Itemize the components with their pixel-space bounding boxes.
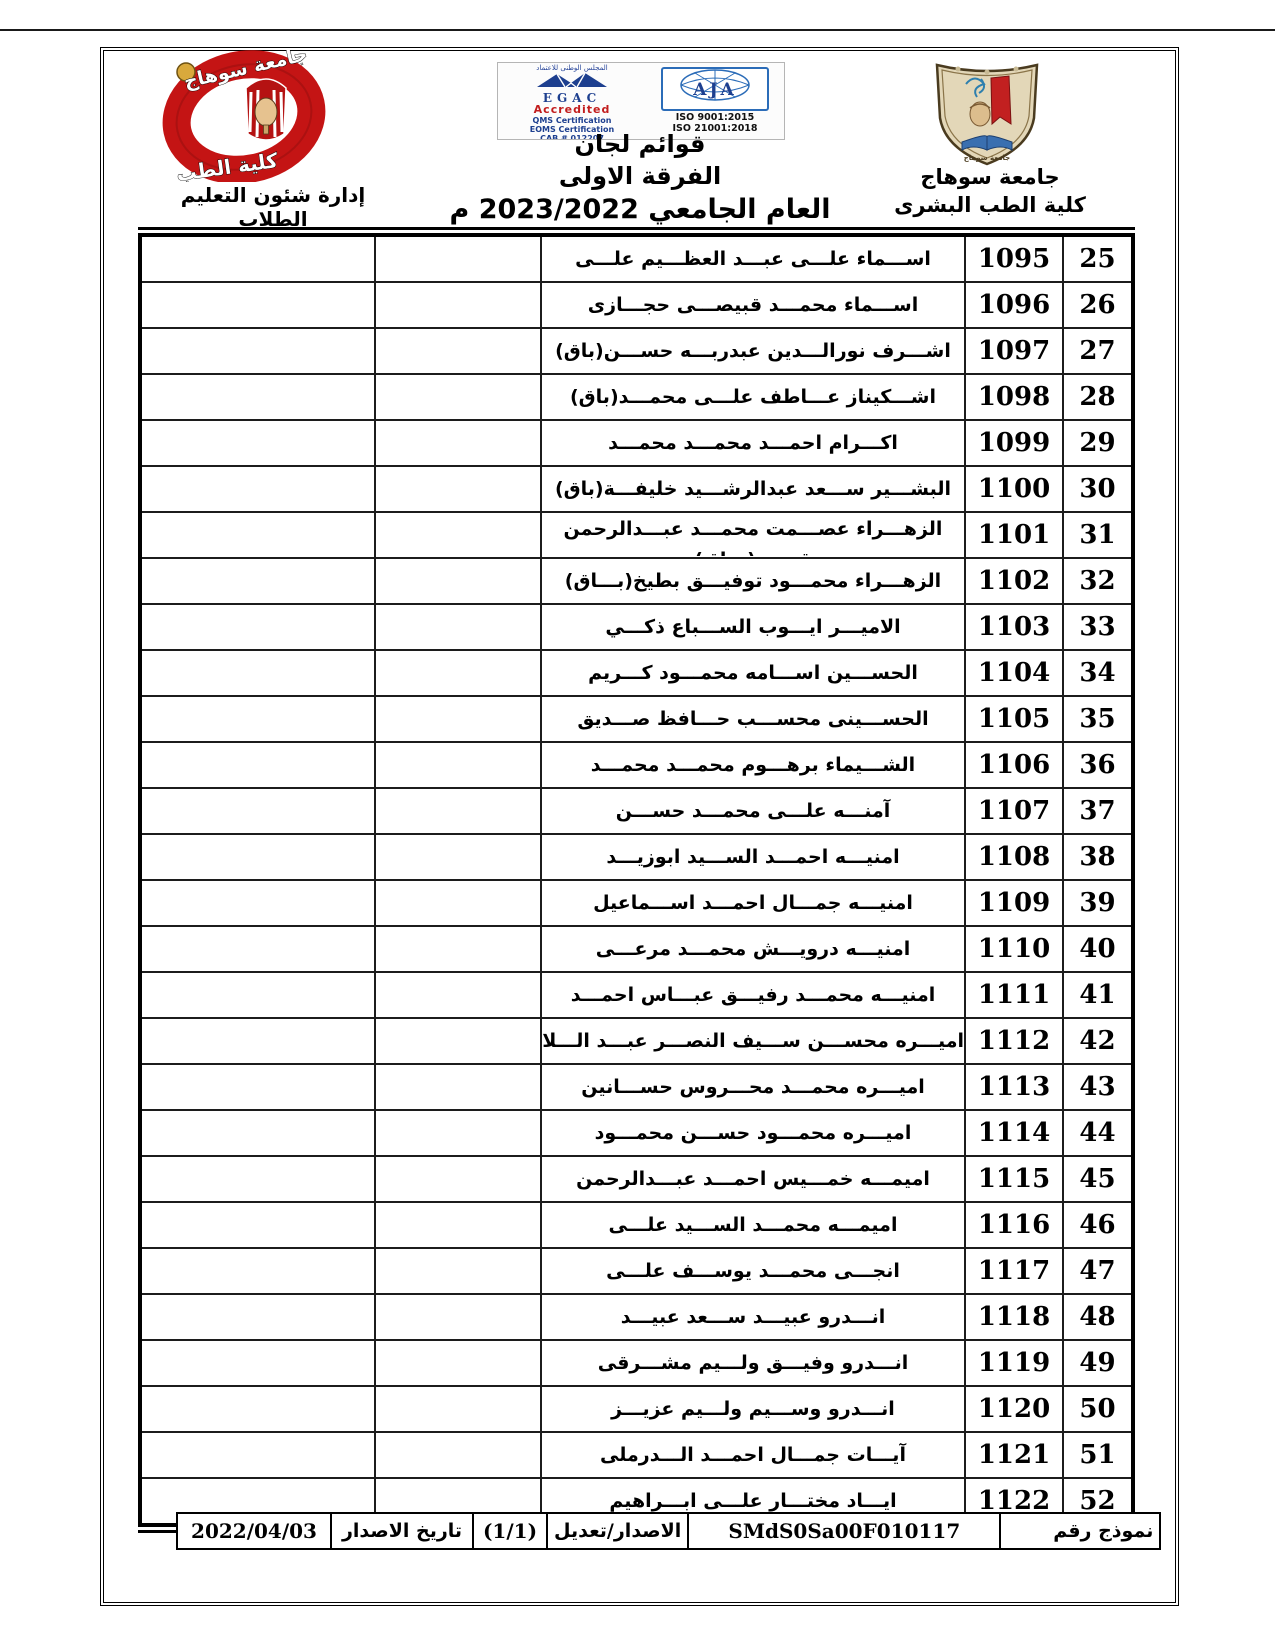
table-row: 27 1097 اشـــرف نورالـــدين عبدربـــه حس… (140, 328, 1133, 374)
serial-cell: 27 (1063, 328, 1133, 374)
empty-cell-1 (375, 834, 541, 880)
aja-iso-line: ISO 9001:2015 (646, 112, 784, 123)
empty-cell-1 (375, 466, 541, 512)
student-name-cell: امنيـــه محمـــد رفيـــق عبـــاس احمـــد (541, 972, 965, 1018)
student-id-cell: 1120 (965, 1386, 1063, 1432)
empty-cell-1 (375, 1386, 541, 1432)
name-line1: اكـــرام احمـــد محمـــد محمـــد (542, 422, 964, 464)
name-line1: الزهـــراء محمـــود توفيـــق بطيخ(بـــاق… (542, 560, 964, 602)
name-line1: اميمـــه خمـــيس احمـــد عبـــدالرحمن (542, 1158, 964, 1200)
name-line1: امنيـــه احمـــد الســـيد ابوزيـــد (542, 836, 964, 878)
name-line1: اشـــكيناز عـــاطف علـــى محمـــد(باق) (542, 376, 964, 418)
student-id-cell: 1107 (965, 788, 1063, 834)
student-name-cell: اشـــرف نورالـــدين عبدربـــه حســـن(باق… (541, 328, 965, 374)
serial-cell: 34 (1063, 650, 1133, 696)
name-line1: امنيـــه درويـــش محمـــد مرعـــى (542, 928, 964, 970)
empty-cell-2 (140, 834, 375, 880)
serial-cell: 39 (1063, 880, 1133, 926)
empty-cell-2 (140, 604, 375, 650)
empty-cell-1 (375, 328, 541, 374)
serial-cell: 32 (1063, 558, 1133, 604)
student-id-cell: 1110 (965, 926, 1063, 972)
student-id-cell: 1106 (965, 742, 1063, 788)
empty-cell-1 (375, 235, 541, 282)
student-name-cell: اميمـــه خمـــيس احمـــد عبـــدالرحمن (541, 1156, 965, 1202)
student-name-cell: انـــدرو عبيـــد ســـعد عبيـــد (541, 1294, 965, 1340)
table-row: 47 1117 انجـــى محمـــد يوســـف علـــى (140, 1248, 1133, 1294)
student-name-cell: اشـــكيناز عـــاطف علـــى محمـــد(باق) (541, 374, 965, 420)
name-line1: الحســـينى محســـب حـــافظ صـــديق (542, 698, 964, 740)
student-name-cell: الشـــيماء برهـــوم محمـــد محمـــد (541, 742, 965, 788)
student-name-cell: امنيـــه جمـــال احمـــد اســـماعيل (541, 880, 965, 926)
student-id-cell: 1105 (965, 696, 1063, 742)
serial-cell: 41 (1063, 972, 1133, 1018)
name-line1: اميـــره محمـــد محـــروس حســـانين (542, 1066, 964, 1108)
name-line1: انـــدرو وفيـــق ولـــيم مشـــرقى (542, 1342, 964, 1384)
empty-cell-1 (375, 1064, 541, 1110)
empty-cell-1 (375, 788, 541, 834)
table-row: 37 1107 آمنـــه علـــى محمـــد حســـن (140, 788, 1133, 834)
table-row: 31 1101 الزهـــراء عصـــمت محمـــد عبـــ… (140, 512, 1133, 558)
table-row: 51 1121 آيـــات جمـــال احمـــد الـــدرم… (140, 1432, 1133, 1478)
table-row: 42 1112 اميـــره محســـن ســـيف النصـــر… (140, 1018, 1133, 1064)
student-id-cell: 1095 (965, 235, 1063, 282)
department-name: إدارة شئون التعليم الطلاب (148, 183, 398, 231)
name-line1: انـــدرو عبيـــد ســـعد عبيـــد (542, 1296, 964, 1338)
student-table-wrapper: 25 1095 اســـماء علـــى عبـــد العظـــيم… (138, 227, 1135, 1533)
student-name-cell: امنيـــه احمـــد الســـيد ابوزيـــد (541, 834, 965, 880)
empty-cell-2 (140, 1294, 375, 1340)
empty-cell-2 (140, 1340, 375, 1386)
empty-cell-2 (140, 926, 375, 972)
student-id-cell: 1111 (965, 972, 1063, 1018)
academic-year-title: العام الجامعي 2023/2022 م (440, 192, 840, 228)
student-table: 25 1095 اســـماء علـــى عبـــد العظـــيم… (138, 233, 1135, 1527)
table-row: 38 1108 امنيـــه احمـــد الســـيد ابوزيـ… (140, 834, 1133, 880)
student-name-cell: اميـــره محســـن ســـيف النصـــر عبـــد … (541, 1018, 965, 1064)
name-line1: انـــدرو وســـيم ولـــيم عزيـــز (542, 1388, 964, 1430)
student-table-body: 25 1095 اســـماء علـــى عبـــد العظـــيم… (140, 235, 1133, 1525)
student-name-cell: آيـــات جمـــال احمـــد الـــدرملى (541, 1432, 965, 1478)
table-row: 28 1098 اشـــكيناز عـــاطف علـــى محمـــ… (140, 374, 1133, 420)
student-id-cell: 1104 (965, 650, 1063, 696)
student-name-cell: انجـــى محمـــد يوســـف علـــى (541, 1248, 965, 1294)
student-name-cell: اميـــره محمـــود حســـن محمـــود (541, 1110, 965, 1156)
issue-value: (1/1) (473, 1513, 547, 1549)
form-code: SMdS0Sa00F010117 (688, 1513, 1000, 1549)
student-id-cell: 1100 (965, 466, 1063, 512)
student-id-cell: 1097 (965, 328, 1063, 374)
serial-cell: 31 (1063, 512, 1133, 558)
issue-date-value: 2022/04/03 (177, 1513, 331, 1549)
empty-cell-1 (375, 558, 541, 604)
name-line1: الشـــيماء برهـــوم محمـــد محمـــد (542, 744, 964, 786)
table-row: 39 1109 امنيـــه جمـــال احمـــد اســـما… (140, 880, 1133, 926)
empty-cell-1 (375, 1110, 541, 1156)
empty-cell-1 (375, 1202, 541, 1248)
student-id-cell: 1098 (965, 374, 1063, 420)
name-line1: اميـــره محســـن ســـيف النصـــر عبـــد … (542, 1020, 964, 1062)
empty-cell-1 (375, 1340, 541, 1386)
empty-cell-2 (140, 1156, 375, 1202)
egac-cert-line: QMS Certification (498, 116, 646, 125)
empty-cell-2 (140, 466, 375, 512)
serial-cell: 25 (1063, 235, 1133, 282)
empty-cell-1 (375, 374, 541, 420)
empty-cell-2 (140, 1018, 375, 1064)
student-name-cell: الزهـــراء محمـــود توفيـــق بطيخ(بـــاق… (541, 558, 965, 604)
empty-cell-2 (140, 696, 375, 742)
name-line1: اميمـــه محمـــد الســـيد علـــى (542, 1204, 964, 1246)
page-title: قوائم لجان (440, 128, 840, 160)
name-line1: اشـــرف نورالـــدين عبدربـــه حســـن(باق… (542, 330, 964, 372)
grade-title: الفرقة الاولى (440, 160, 840, 192)
table-row: 40 1110 امنيـــه درويـــش محمـــد مرعـــ… (140, 926, 1133, 972)
student-id-cell: 1096 (965, 282, 1063, 328)
serial-cell: 45 (1063, 1156, 1133, 1202)
student-id-cell: 1116 (965, 1202, 1063, 1248)
empty-cell-2 (140, 1386, 375, 1432)
empty-cell-2 (140, 788, 375, 834)
page-top-rule (0, 29, 1275, 31)
student-name-cell: الاميـــر ايـــوب الســـباع ذكـــي (541, 604, 965, 650)
student-name-cell: آمنـــه علـــى محمـــد حســـن (541, 788, 965, 834)
table-row: 50 1120 انـــدرو وســـيم ولـــيم عزيـــز (140, 1386, 1133, 1432)
empty-cell-2 (140, 282, 375, 328)
empty-cell-2 (140, 1110, 375, 1156)
empty-cell-2 (140, 650, 375, 696)
empty-cell-1 (375, 972, 541, 1018)
student-name-cell: انـــدرو وســـيم ولـــيم عزيـــز (541, 1386, 965, 1432)
serial-cell: 44 (1063, 1110, 1133, 1156)
student-name-cell: انـــدرو وفيـــق ولـــيم مشـــرقى (541, 1340, 965, 1386)
serial-cell: 49 (1063, 1340, 1133, 1386)
table-row: 46 1116 اميمـــه محمـــد الســـيد علـــى (140, 1202, 1133, 1248)
student-name-cell: الحســـين اســـامه محمـــود كـــريم (541, 650, 965, 696)
name-line1: الزهـــراء عصـــمت محمـــد عبـــدالرحمن (542, 514, 964, 545)
student-id-cell: 1109 (965, 880, 1063, 926)
empty-cell-2 (140, 972, 375, 1018)
student-name-cell: الزهـــراء عصـــمت محمـــد عبـــدالرحمن … (541, 512, 965, 558)
table-row: 48 1118 انـــدرو عبيـــد ســـعد عبيـــد (140, 1294, 1133, 1340)
empty-cell-1 (375, 650, 541, 696)
shield-red-banner (991, 76, 1011, 124)
table-row: 45 1115 اميمـــه خمـــيس احمـــد عبـــدا… (140, 1156, 1133, 1202)
empty-cell-1 (375, 604, 541, 650)
empty-cell-2 (140, 235, 375, 282)
empty-cell-1 (375, 926, 541, 972)
serial-cell: 29 (1063, 420, 1133, 466)
name-line1: امنيـــه جمـــال احمـــد اســـماعيل (542, 882, 964, 924)
serial-cell: 38 (1063, 834, 1133, 880)
empty-cell-1 (375, 282, 541, 328)
empty-cell-1 (375, 1294, 541, 1340)
issue-label: الاصدار/تعديل (547, 1513, 688, 1549)
form-number-label: نموذج رقم (1000, 1513, 1160, 1549)
table-row: 33 1103 الاميـــر ايـــوب الســـباع ذكــ… (140, 604, 1133, 650)
egac-accredited: Accredited (498, 104, 646, 116)
name-line1: اســـماء محمـــد قبيصـــى حجـــازى (542, 284, 964, 326)
student-id-cell: 1115 (965, 1156, 1063, 1202)
empty-cell-1 (375, 696, 541, 742)
table-row: 41 1111 امنيـــه محمـــد رفيـــق عبـــاس… (140, 972, 1133, 1018)
table-row: 26 1096 اســـماء محمـــد قبيصـــى حجـــا… (140, 282, 1133, 328)
faculty-crescent-logo: جامعة سوهاج كلية الطب (150, 50, 340, 182)
empty-cell-1 (375, 1018, 541, 1064)
name-line1: انجـــى محمـــد يوســـف علـــى (542, 1250, 964, 1292)
table-row: 29 1099 اكـــرام احمـــد محمـــد محمـــد (140, 420, 1133, 466)
egac-mountain-icon (535, 72, 609, 88)
university-name: جامعة سوهاج (865, 163, 1115, 191)
student-id-cell: 1114 (965, 1110, 1063, 1156)
table-row: 32 1102 الزهـــراء محمـــود توفيـــق بطي… (140, 558, 1133, 604)
empty-cell-2 (140, 1202, 375, 1248)
issue-date-label: تاريخ الاصدار (331, 1513, 473, 1549)
serial-cell: 51 (1063, 1432, 1133, 1478)
document-titles: قوائم لجان الفرقة الاولى العام الجامعي 2… (440, 128, 840, 228)
serial-cell: 33 (1063, 604, 1133, 650)
serial-cell: 35 (1063, 696, 1133, 742)
table-row: 49 1119 انـــدرو وفيـــق ولـــيم مشـــرق… (140, 1340, 1133, 1386)
student-name-cell: اميمـــه محمـــد الســـيد علـــى (541, 1202, 965, 1248)
table-row: 35 1105 الحســـينى محســـب حـــافظ صـــد… (140, 696, 1133, 742)
empty-cell-2 (140, 1432, 375, 1478)
empty-cell-1 (375, 742, 541, 788)
serial-cell: 46 (1063, 1202, 1133, 1248)
pharaoh-head (246, 79, 286, 140)
table-row: 30 1100 البشـــير ســـعد عبدالرشـــيد خل… (140, 466, 1133, 512)
faculty-name: كلية الطب البشرى (865, 191, 1115, 219)
name-line1: آمنـــه علـــى محمـــد حســـن (542, 790, 964, 832)
empty-cell-1 (375, 512, 541, 558)
university-shield-logo: جامعة سوهاج (928, 58, 1046, 168)
student-id-cell: 1118 (965, 1294, 1063, 1340)
name-line1: آيـــات جمـــال احمـــد الـــدرملى (542, 1434, 964, 1476)
name-line1: البشـــير ســـعد عبدالرشـــيد خليفـــة(ب… (542, 468, 964, 510)
empty-cell-2 (140, 420, 375, 466)
student-id-cell: 1113 (965, 1064, 1063, 1110)
serial-cell: 50 (1063, 1386, 1133, 1432)
student-name-cell: اميـــره محمـــد محـــروس حســـانين (541, 1064, 965, 1110)
empty-cell-1 (375, 1432, 541, 1478)
empty-cell-2 (140, 880, 375, 926)
student-name-cell: البشـــير ســـعد عبدالرشـــيد خليفـــة(ب… (541, 466, 965, 512)
student-id-cell: 1117 (965, 1248, 1063, 1294)
student-id-cell: 1102 (965, 558, 1063, 604)
serial-cell: 36 (1063, 742, 1133, 788)
empty-cell-2 (140, 328, 375, 374)
student-name-cell: امنيـــه درويـــش محمـــد مرعـــى (541, 926, 965, 972)
table-row: 34 1104 الحســـين اســـامه محمـــود كـــ… (140, 650, 1133, 696)
empty-cell-2 (140, 512, 375, 558)
name-line1: الاميـــر ايـــوب الســـباع ذكـــي (542, 606, 964, 648)
student-name-cell: الحســـينى محســـب حـــافظ صـــديق (541, 696, 965, 742)
serial-cell: 40 (1063, 926, 1133, 972)
empty-cell-1 (375, 420, 541, 466)
empty-cell-2 (140, 558, 375, 604)
serial-cell: 28 (1063, 374, 1133, 420)
empty-cell-1 (375, 880, 541, 926)
egac-arabic-script: المجلس الوطنى للاعتماد (498, 64, 646, 72)
student-id-cell: 1119 (965, 1340, 1063, 1386)
name-line1: اميـــره محمـــود حســـن محمـــود (542, 1112, 964, 1154)
empty-cell-2 (140, 1248, 375, 1294)
student-id-cell: 1121 (965, 1432, 1063, 1478)
student-name-cell: اكـــرام احمـــد محمـــد محمـــد (541, 420, 965, 466)
serial-cell: 42 (1063, 1018, 1133, 1064)
name-line1: اســـماء علـــى عبـــد العظـــيم علـــى (542, 238, 964, 280)
student-id-cell: 1099 (965, 420, 1063, 466)
university-name-block: جامعة سوهاج كلية الطب البشرى (865, 163, 1115, 219)
serial-cell: 37 (1063, 788, 1133, 834)
serial-cell: 26 (1063, 282, 1133, 328)
student-id-cell: 1108 (965, 834, 1063, 880)
table-row: 44 1114 اميـــره محمـــود حســـن محمـــو… (140, 1110, 1133, 1156)
serial-cell: 47 (1063, 1248, 1133, 1294)
aja-name: AJA (663, 80, 767, 100)
student-name-cell: اســـماء علـــى عبـــد العظـــيم علـــى (541, 235, 965, 282)
empty-cell-1 (375, 1156, 541, 1202)
student-id-cell: 1112 (965, 1018, 1063, 1064)
name-line2: قرنــة(بــاق) (542, 545, 964, 556)
empty-cell-1 (375, 1248, 541, 1294)
table-row: 36 1106 الشـــيماء برهـــوم محمـــد محمـ… (140, 742, 1133, 788)
serial-cell: 48 (1063, 1294, 1133, 1340)
footer-form-table: نموذج رقم SMdS0Sa00F010117 الاصدار/تعديل… (176, 1512, 1161, 1550)
student-name-cell: اســـماء محمـــد قبيصـــى حجـــازى (541, 282, 965, 328)
name-line1: امنيـــه محمـــد رفيـــق عبـــاس احمـــد (542, 974, 964, 1016)
empty-cell-2 (140, 374, 375, 420)
table-row: 25 1095 اســـماء علـــى عبـــد العظـــيم… (140, 235, 1133, 282)
empty-cell-2 (140, 1064, 375, 1110)
page: { "header": { "right": { "line1": "جامعة… (0, 0, 1275, 1650)
serial-cell: 30 (1063, 466, 1133, 512)
shield-caption: جامعة سوهاج (964, 154, 1010, 162)
name-line1: الحســـين اســـامه محمـــود كـــريم (542, 652, 964, 694)
table-row: 43 1113 اميـــره محمـــد محـــروس حســـا… (140, 1064, 1133, 1110)
serial-cell: 43 (1063, 1064, 1133, 1110)
empty-cell-2 (140, 742, 375, 788)
student-id-cell: 1101 (965, 512, 1063, 558)
student-id-cell: 1103 (965, 604, 1063, 650)
